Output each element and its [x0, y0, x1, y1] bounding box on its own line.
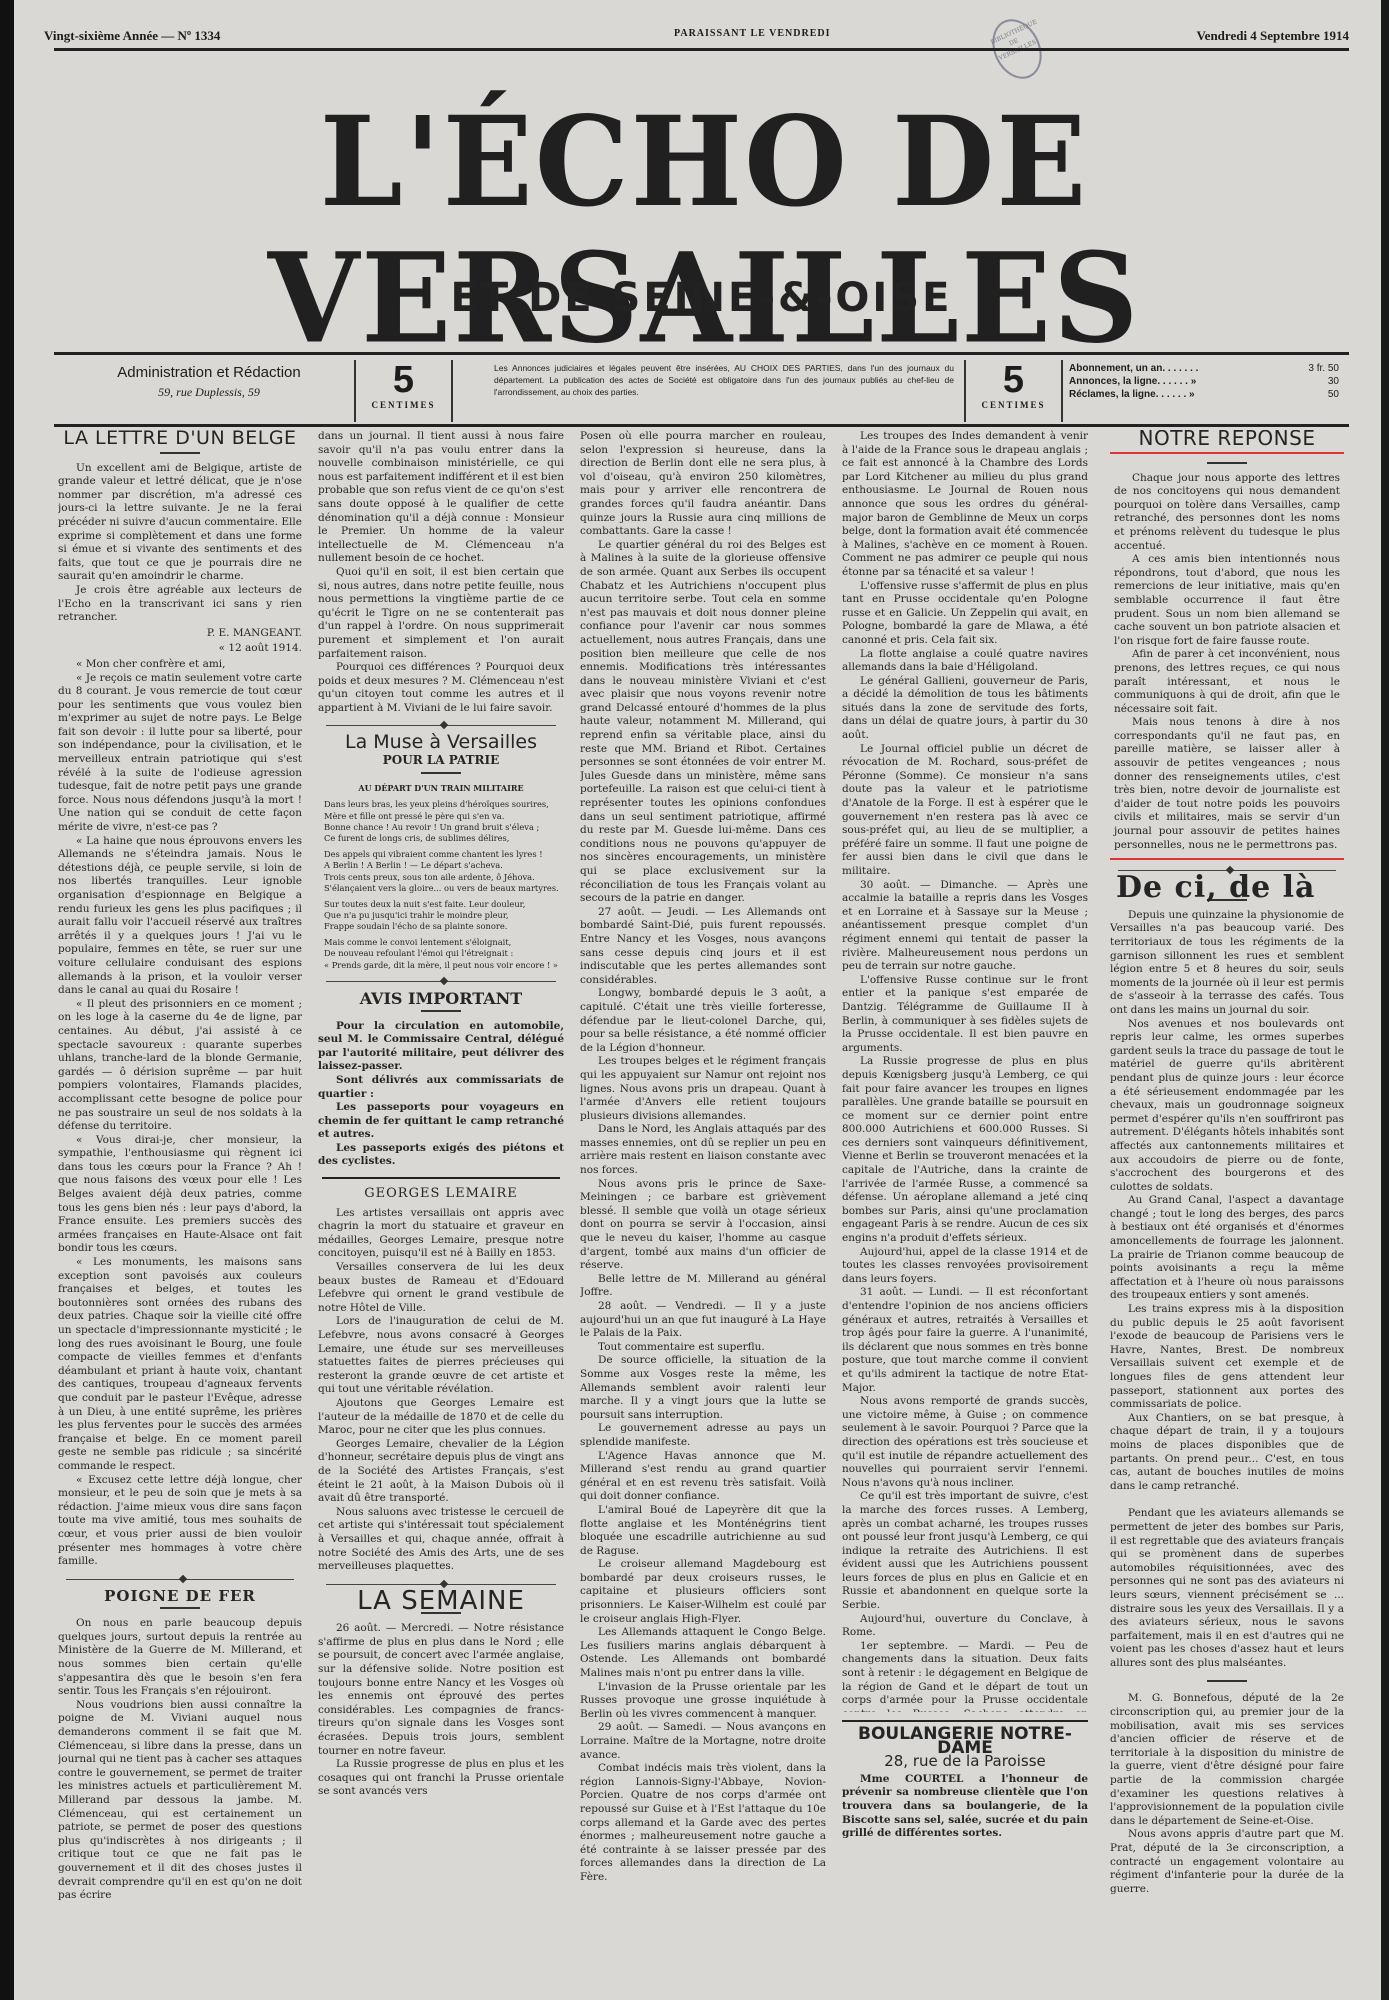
article-body: On nous en parle beaucoup depuis quelque…: [58, 1617, 302, 1902]
article-title: NOTRE RÉPONSE: [1110, 432, 1344, 446]
poem-title: AU DÉPART D'UN TRAIN MILITAIRE: [318, 782, 564, 796]
section-divider: [322, 1177, 560, 1179]
article-intro: Un excellent ami de Belgique, artiste de…: [58, 462, 302, 625]
title-rule: [421, 1010, 461, 1012]
top-line: Vingt-sixième Année — Nº 1334 PARAISSANT…: [44, 28, 1349, 46]
article-title: AVIS IMPORTANT: [318, 992, 564, 1006]
salutation: « Mon cher confrère et ami,: [58, 658, 302, 672]
masthead-rule: [54, 352, 1349, 355]
poem-stanza: Sur toutes deux la nuit s'est faite. Leu…: [324, 899, 564, 933]
section-divider: [326, 725, 556, 726]
poem-stanza: Mais comme le convoi lentement s'éloigna…: [324, 937, 564, 971]
article-title: La Muse à Versailles: [318, 736, 564, 750]
rate-row: Réclames, la ligne. . . . . . »50: [1069, 388, 1339, 401]
price-number: 5: [356, 360, 451, 400]
ad-address: 28, rue de la Paroisse: [842, 1755, 1088, 1769]
edition-number: Vingt-sixième Année — Nº 1334: [44, 28, 220, 44]
article-title: LA SEMAINE: [318, 1595, 564, 1609]
ad-title: BOULANGERIE NOTRE-DAME: [842, 1728, 1088, 1755]
price-box-right: 5 CENTIMES: [964, 360, 1063, 422]
notice-body: Pour la circulation en automobile, seul …: [318, 1020, 564, 1170]
newspaper-subtitle: ET DE SEINE-&-OISE: [14, 275, 1389, 321]
price-box-left: 5 CENTIMES: [354, 360, 453, 422]
column-2: dans un journal. Il tient aussi à nous f…: [318, 430, 564, 1960]
title-rule: [1207, 462, 1247, 464]
title-rule: [421, 772, 461, 774]
issue-date: Vendredi 4 Septembre 1914: [1196, 28, 1349, 44]
title-rule: [160, 452, 200, 454]
title-rule: [1207, 1680, 1247, 1682]
column-3: Posen où elle pourra marcher en rouleau,…: [580, 430, 826, 1960]
scan-border-right: [1381, 0, 1389, 2000]
section-divider: [326, 981, 556, 982]
article-body: Les artistes versaillais ont appris avec…: [318, 1207, 564, 1574]
letter-body: « Je reçois ce matin seulement votre car…: [58, 672, 302, 1569]
article-body: 26 août. — Mercredi. — Notre résistance …: [318, 1622, 564, 1799]
highlighted-article: Chaque jour nous apporte des lettres de …: [1110, 452, 1344, 861]
administration-block: Administration et Rédaction 59, rue Dupl…: [104, 364, 314, 400]
legal-notices-text: Les Annonces judiciaires et légales peuv…: [494, 362, 954, 398]
column-5: NOTRE RÉPONSE Chaque jour nous apporte d…: [1110, 430, 1344, 1960]
newspaper-title: L'ÉCHO DE VERSAILLES: [94, 94, 1314, 367]
article-subtitle: POUR LA PATRIE: [318, 754, 564, 768]
admin-address: 59, rue Duplessis, 59: [104, 385, 314, 400]
column-4: Les troupes des Indes demandent à venir …: [842, 430, 1088, 1960]
header-rule: [54, 48, 1349, 51]
info-rule: [54, 424, 1349, 427]
article-continuation: Les troupes des Indes demandent à venir …: [842, 430, 1088, 1712]
poem-stanza: Dans leurs bras, les yeux pleins d'héroï…: [324, 799, 564, 845]
poem-stanza: Des appels qui vibraient comme chantent …: [324, 849, 564, 895]
price-unit: CENTIMES: [966, 400, 1061, 410]
rates-table: Abonnement, un an. . . . . . .3 fr. 50 A…: [1069, 362, 1339, 401]
article-title: De ci, de là: [1116, 881, 1344, 895]
publication-frequency: PARAISSANT LE VENDREDI: [674, 28, 830, 39]
info-bar: Administration et Rédaction 59, rue Dupl…: [54, 360, 1344, 424]
admin-title: Administration et Rédaction: [104, 364, 314, 381]
scan-border-left: [0, 0, 14, 2000]
section-divider: [842, 1720, 1088, 1722]
newspaper-page: Vingt-sixième Année — Nº 1334 PARAISSANT…: [14, 0, 1389, 2000]
bakery-advertisement: BOULANGERIE NOTRE-DAME 28, rue de la Par…: [842, 1728, 1088, 1841]
article-title: LA LETTRE D'UN BELGE: [58, 432, 302, 446]
poem: Dans leurs bras, les yeux pleins d'héroï…: [324, 799, 564, 971]
author-signature: P. E. MANGEANT.: [58, 627, 302, 641]
price-number: 5: [966, 360, 1061, 400]
letter-date: « 12 août 1914.: [58, 642, 302, 656]
title-rule: [160, 1607, 200, 1609]
column-lettre-belge: LA LETTRE D'UN BELGE Un excellent ami de…: [58, 430, 302, 1960]
article-title: GEORGES LEMAIRE: [318, 1187, 564, 1201]
rate-row: Annonces, la ligne. . . . . . »30: [1069, 375, 1339, 388]
article-title: POIGNE DE FER: [58, 1590, 302, 1604]
ad-text: Mme COURTEL a l'honneur de prévenir sa n…: [842, 1773, 1088, 1841]
article-body: Depuis une quinzaine la physionomie de V…: [1110, 909, 1344, 1897]
article-continuation: dans un journal. Il tient aussi à nous f…: [318, 430, 564, 715]
price-unit: CENTIMES: [356, 400, 451, 410]
rate-row: Abonnement, un an. . . . . . .3 fr. 50: [1069, 362, 1339, 375]
section-divider: [1118, 870, 1336, 871]
section-divider: [66, 1579, 294, 1580]
article-continuation: Posen où elle pourra marcher en rouleau,…: [580, 430, 826, 1885]
section-divider: [326, 1584, 556, 1585]
